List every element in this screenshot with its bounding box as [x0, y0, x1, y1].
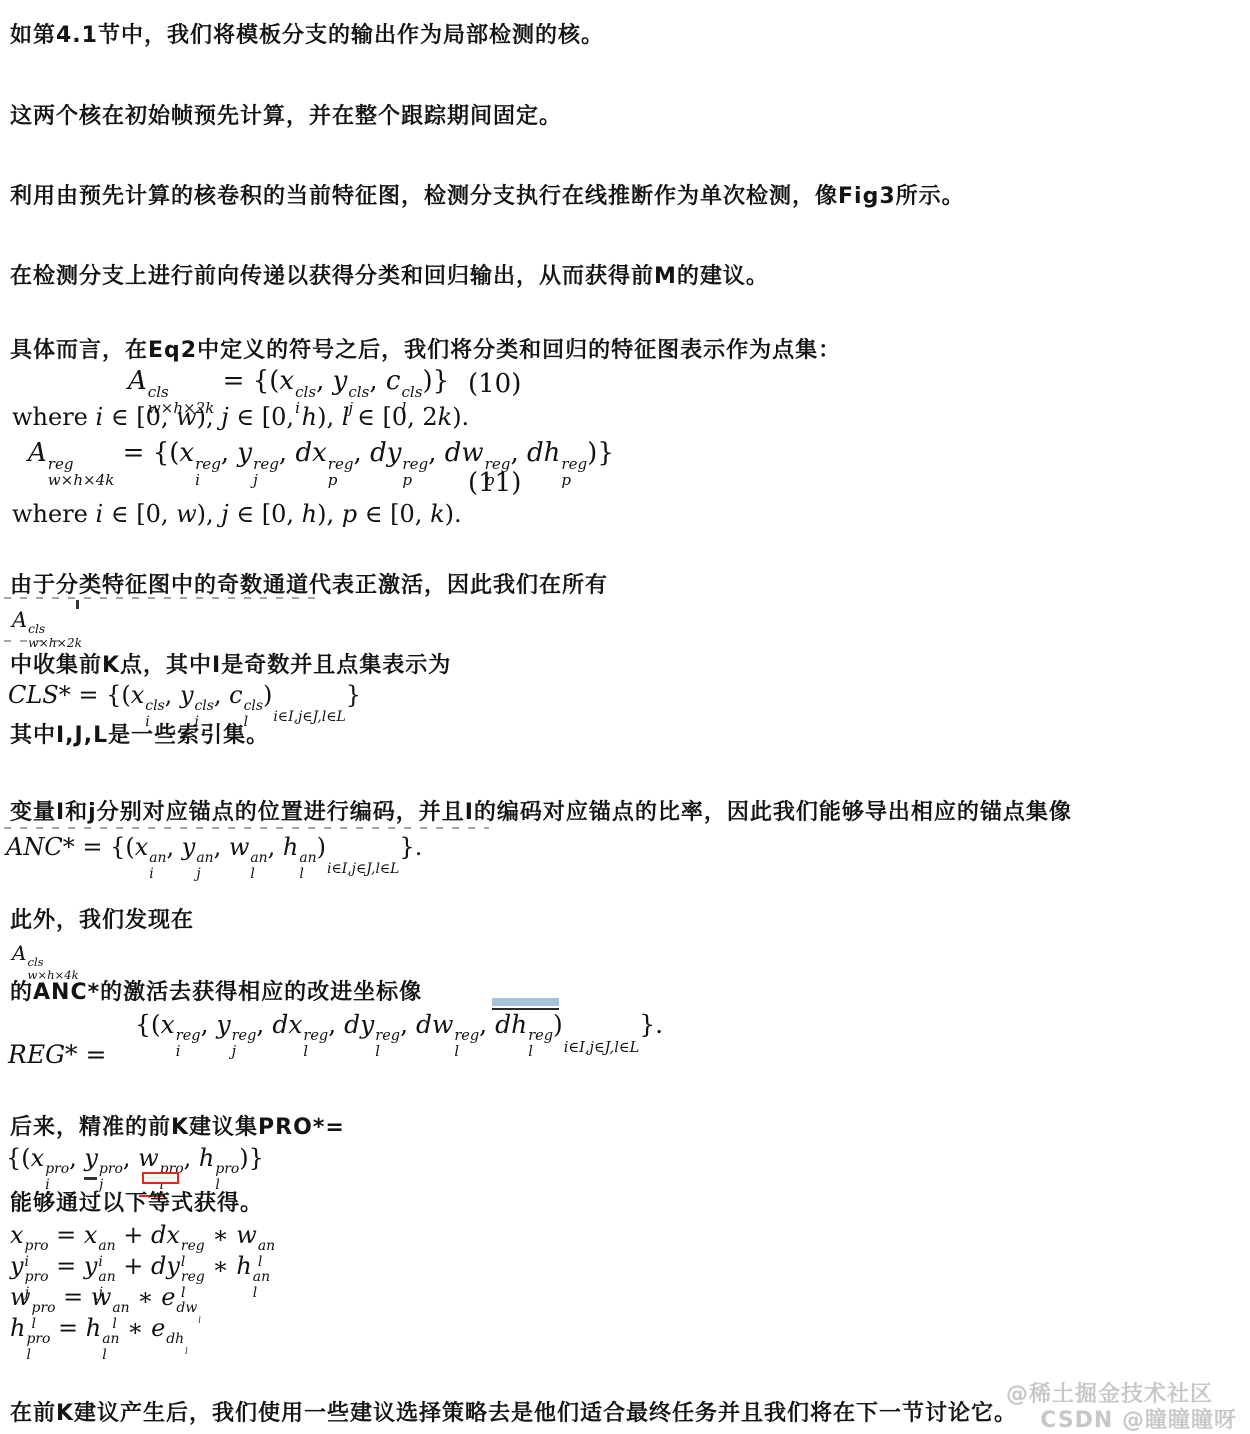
formula-acls-2k: Aclsw×h×2k [12, 608, 82, 650]
equation-number-10: (10) [468, 369, 521, 399]
paragraph-6: 由于分类特征图中的奇数通道代表正激活，因此我们在所有 [10, 568, 608, 599]
red-box-fragment [142, 1172, 179, 1184]
formula-where11: where i ∈ [0, w), j ∈ [0, h), p ∈ [0, k)… [12, 500, 462, 528]
paragraph-2: 这两个核在初始帧预先计算，并在整个跟踪期间固定。 [10, 99, 562, 130]
watermark-csdn-author: CSDN @瞳瞳瞳呀 [1040, 1403, 1237, 1434]
formula-where10: where i ∈ [0, w), j ∈ [0, h), l ∈ [0, 2k… [12, 403, 469, 431]
paragraph-3: 利用由预先计算的核卷积的当前特征图，检测分支执行在线推断作为单次检测，像Fig3… [10, 179, 965, 210]
clipped-text-artifact-mid [4, 827, 489, 829]
formula-h-pro: hprol = hanl ∗ edhl [10, 1314, 188, 1372]
paragraph-5: 具体而言，在Eq2中定义的符号之后，我们将分类和回归的特征图表示作为点集： [10, 333, 841, 364]
paragraph-9: 变量I和j分别对应锚点的位置进行编码，并且I的编码对应锚点的比率，因此我们能够导… [10, 795, 1072, 826]
paragraph-4: 在检测分支上进行前向传递以获得分类和回归输出，从而获得前M的建议。 [10, 259, 769, 290]
paragraph-1: 如第4.1节中，我们将模板分支的输出作为局部检测的核。 [10, 18, 604, 49]
document-page: 如第4.1节中，我们将模板分支的输出作为局部检测的核。 这两个核在初始帧预先计算… [0, 0, 1250, 1434]
paragraph-10: 此外，我们发现在 [10, 903, 194, 934]
paragraph-14: 在前K建议产生后，我们使用一些建议选择策略去是他们适合最终任务并且我们将在下一节… [10, 1396, 1017, 1427]
formula-anc-star: ANC* = {(xani, yanj, wanl, hanl)i∈I,j∈J,… [6, 833, 422, 882]
paragraph-12: 后来，精准的前K建议集PRO*= [10, 1110, 345, 1141]
paragraph-7: 中收集前K点，其中I是奇数并且点集表示为 [10, 648, 451, 679]
paragraph-8: 其中I,J,L是一些索引集。 [10, 718, 269, 749]
formula-reg-set: {(xregi, yregj, dxregl, dyregl, dwregl, … [135, 1010, 663, 1061]
formula-reg-lhs: REG* = [8, 1040, 106, 1069]
equation-number-11: (11) [468, 468, 521, 498]
paragraph-11: 的ANC*的激活去获得相应的改进坐标像 [10, 975, 422, 1006]
paragraph-13: 能够通过以下等式获得。 [10, 1186, 263, 1217]
formula-eq11: Aregw×h×4k = {(xregi, yregj, dxregp, dyr… [28, 438, 614, 489]
